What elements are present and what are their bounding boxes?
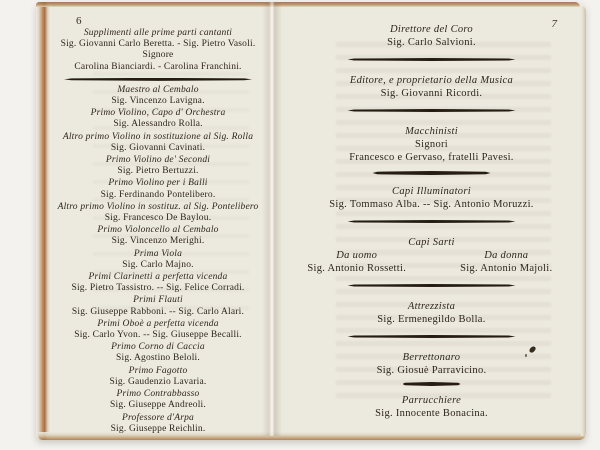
person-name: Sig. Vincenzo Merighi. xyxy=(50,236,266,247)
person-name: Sig. Ermenegildo Bolla. xyxy=(282,313,581,326)
role-heading: Supplimenti alle prime parti cantanti xyxy=(50,28,266,39)
person-name: Sig. Carlo Yvon. -- Sig. Giuseppe Becall… xyxy=(50,330,266,341)
role-heading: Parrucchiere xyxy=(282,394,581,407)
role-heading: Primo Violino per i Balli xyxy=(50,178,266,189)
role-heading: Berrettonaro xyxy=(282,351,581,364)
section-divider-rule xyxy=(348,335,516,338)
left-page: 6 Supplimenti alle prime parti cantantiS… xyxy=(50,2,266,432)
role-heading: Primi Oboè a perfetta vicenda xyxy=(50,319,266,330)
open-booklet: 6 Supplimenti alle prime parti cantantiS… xyxy=(36,2,586,440)
section-divider-rule xyxy=(348,109,516,112)
person-name: Francesco e Gervaso, fratelli Pavesi. xyxy=(282,151,581,164)
role-heading: Primo Fagotto xyxy=(50,366,266,377)
person-name: Sig. Antonio Majoli. xyxy=(432,262,582,275)
person-name: Sig. Tommaso Alba. -- Sig. Antonio Moruz… xyxy=(282,198,581,211)
two-column-roles: Da uomoSig. Antonio Rossetti.Da donnaSig… xyxy=(282,249,581,275)
role-heading: Primo Violino de' Secondi xyxy=(50,155,266,166)
person-name: Sig. Ferdinando Pontelibero. xyxy=(50,190,266,201)
person-name: Sig. Giovanni Carlo Beretta. - Sig. Piet… xyxy=(50,39,266,50)
person-name: Signore xyxy=(50,50,266,61)
person-name: Sig. Innocente Bonacina. xyxy=(282,407,581,420)
role-heading: Macchinisti xyxy=(282,125,581,138)
person-name: Sig. Carlo Salvioni. xyxy=(282,36,581,49)
role-heading: Prima Viola xyxy=(50,249,266,260)
role-heading: Professore d'Arpa xyxy=(50,413,266,424)
role-heading: Primo Violoncello al Cembalo xyxy=(50,225,266,236)
person-name: Sig. Giovanni Ricordi. xyxy=(282,87,581,100)
role-heading: Primo Violino, Capo d' Orchestra xyxy=(50,108,266,119)
section-divider-rule xyxy=(348,58,516,61)
role-heading: Primi Clarinetti a perfetta vicenda xyxy=(50,272,266,283)
role-column: Da uomoSig. Antonio Rossetti. xyxy=(282,249,432,275)
left-page-text-column: Supplimenti alle prime parti cantantiSig… xyxy=(50,2,266,435)
role-heading: Primi Flauti xyxy=(50,295,266,306)
ornament-divider xyxy=(373,171,491,175)
person-name: Sig. Carlo Majno. xyxy=(50,260,266,271)
right-page: 7 Direttore del CoroSig. Carlo Salvioni.… xyxy=(282,2,581,432)
person-name: Sig. Giovanni Cavinati. xyxy=(50,143,266,154)
book-right-page-edges xyxy=(581,6,586,436)
role-heading: Capi Illuminatori xyxy=(282,185,581,198)
role-heading: Primo Corno di Caccia xyxy=(50,342,266,353)
person-name: Sig. Giosuè Parravicino. xyxy=(282,364,581,377)
person-name: Sig. Giuseppe Rabboni. -- Sig. Carlo Ala… xyxy=(50,307,266,318)
role-heading: Capi Sarti xyxy=(282,236,581,249)
role-heading: Da donna xyxy=(432,249,582,262)
section-divider-rule xyxy=(348,284,516,287)
person-name: Sig. Agostino Beloli. xyxy=(50,353,266,364)
person-name: Sig. Gaudenzio Lavaria. xyxy=(50,377,266,388)
role-heading: Da uomo xyxy=(282,249,432,262)
role-heading: Editore, e proprietario della Musica xyxy=(282,74,581,87)
person-name: Sig. Pietro Bertuzzi. xyxy=(50,166,266,177)
person-name: Sig. Francesco De Baylou. xyxy=(50,213,266,224)
role-heading: Altro primo Violino in sostituzione al S… xyxy=(50,132,266,143)
person-name: Sig. Pietro Tassistro. -- Sig. Felice Co… xyxy=(50,283,266,294)
book-left-page-edges xyxy=(36,2,50,440)
person-name: Sig. Alessandro Rolla. xyxy=(50,119,266,130)
role-heading: Attrezzista xyxy=(282,300,581,313)
right-page-text-column: Direttore del CoroSig. Carlo Salvioni.Ed… xyxy=(282,2,581,420)
section-divider-rule xyxy=(64,78,252,81)
role-heading: Maestro al Cembalo xyxy=(50,85,266,96)
person-name: Sig. Giuseppe Reichlin. xyxy=(50,424,266,435)
person-name: Sig. Antonio Rossetti. xyxy=(282,262,432,275)
role-heading: Direttore del Coro xyxy=(282,23,581,36)
book-gutter-fold xyxy=(262,2,282,436)
person-name: Sig. Vincenzo Lavigna. xyxy=(50,96,266,107)
person-name: Sig. Giuseppe Andreoli. xyxy=(50,400,266,411)
role-column: Da donnaSig. Antonio Majoli. xyxy=(432,249,582,275)
ornament-divider xyxy=(403,382,461,386)
person-name: Signori xyxy=(282,138,581,151)
person-name: Carolina Bianciardi. - Carolina Franchin… xyxy=(50,62,266,73)
ink-speck xyxy=(525,354,527,357)
role-heading: Primo Contrabbasso xyxy=(50,389,266,400)
scanned-book-photo: 6 Supplimenti alle prime parti cantantiS… xyxy=(0,0,600,450)
role-heading: Altro primo Violino in sostituz. al Sig.… xyxy=(50,202,266,213)
section-divider-rule xyxy=(348,220,516,223)
